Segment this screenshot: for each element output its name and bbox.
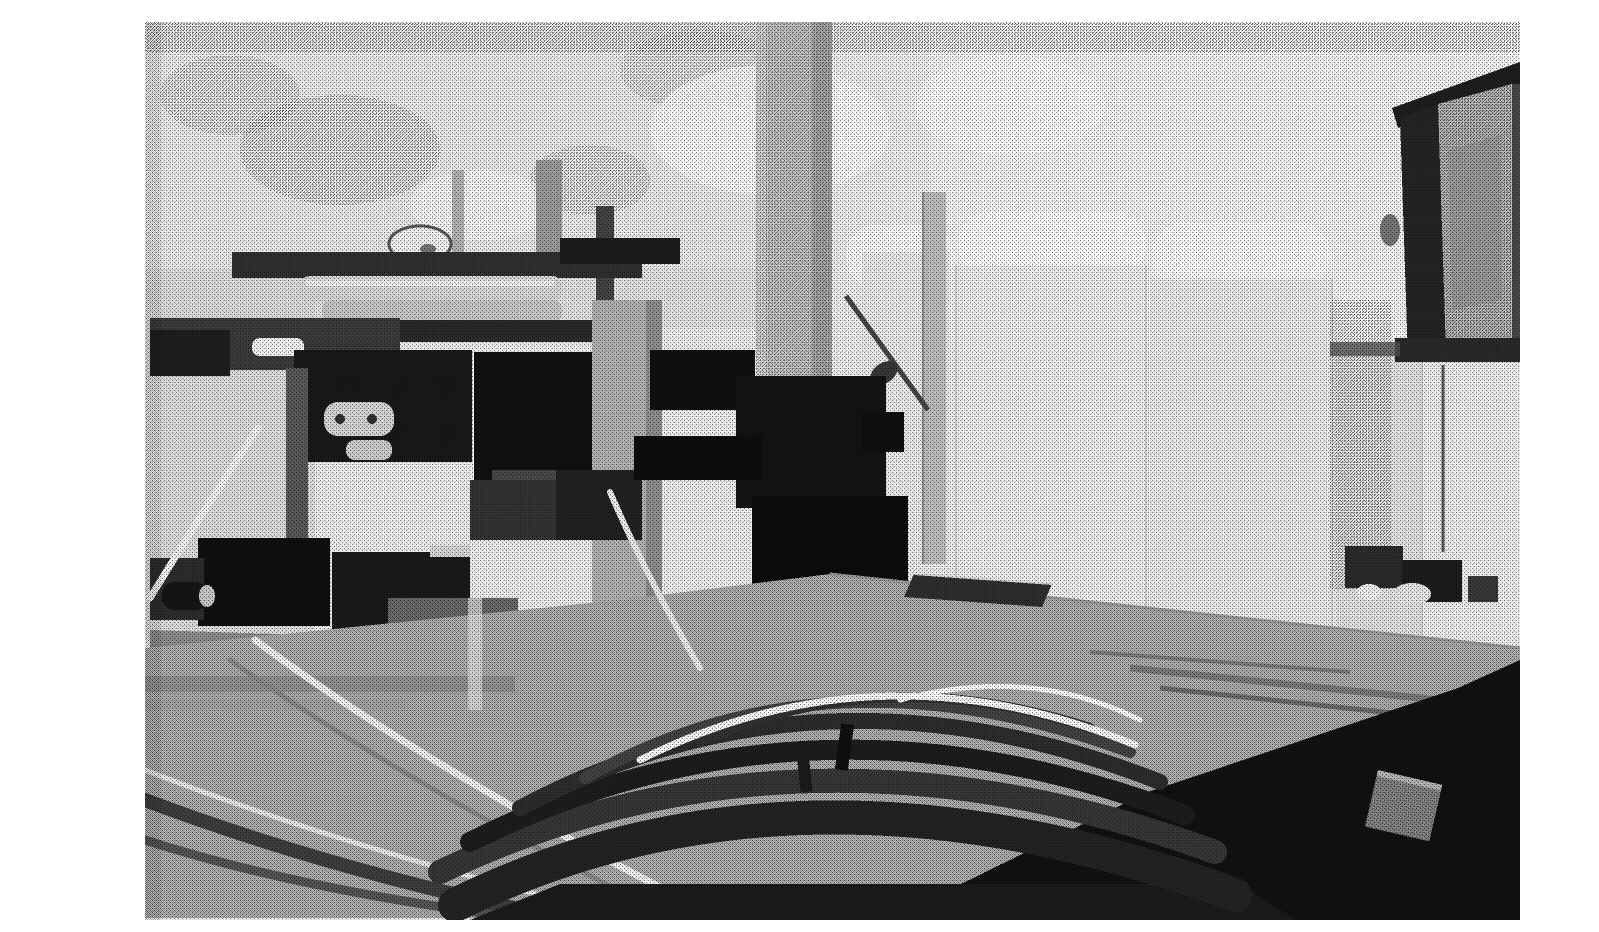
halftone-grain xyxy=(145,22,1520,920)
lab-photograph: Grainy monochrome photograph of a labora… xyxy=(0,0,1599,932)
photo-canvas xyxy=(0,0,1599,932)
